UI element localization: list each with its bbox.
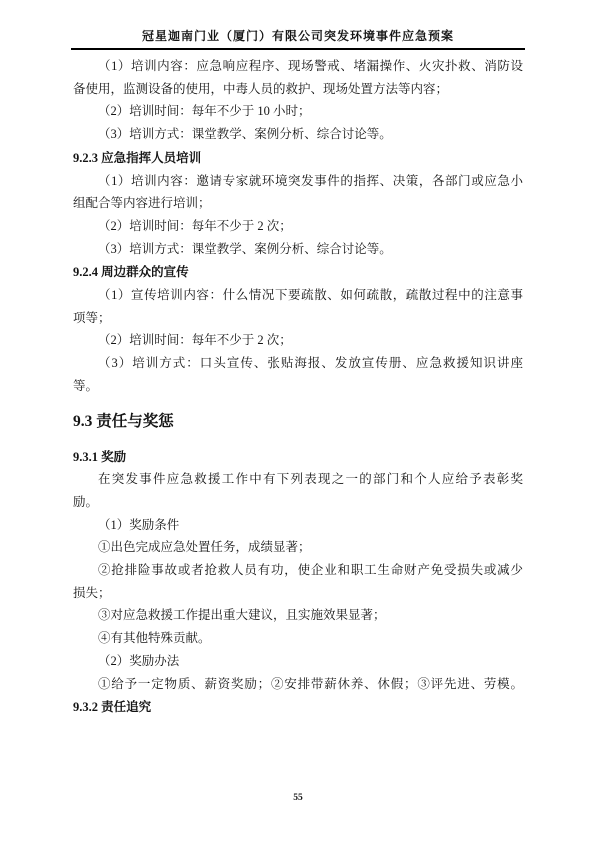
paragraph: ③对应急救援工作提出重大建议，且实施效果显著； xyxy=(73,604,523,627)
paragraph: （2）培训时间：每年不少于 2 次； xyxy=(73,329,523,352)
document-body: （1）培训内容：应急响应程序、现场警戒、堵漏操作、火灾扑救、消防设备使用，监测设… xyxy=(73,55,523,719)
paragraph: （1）宣传培训内容：什么情况下要疏散、如何疏散，疏散过程中的注意事项等； xyxy=(73,284,523,329)
subsection-heading: 9.3.2 责任追究 xyxy=(73,696,523,719)
text-line: 损失； xyxy=(73,582,523,605)
text-line: （3）培训方式：课堂教学、案例分析、综合讨论等。 xyxy=(73,238,523,261)
text-line: （2）培训时间：每年不少于 2 次； xyxy=(73,329,523,352)
section-heading: 9.3 责任与奖惩 xyxy=(73,408,523,435)
text-line: （1）奖励条件 xyxy=(73,514,523,537)
text-line: ①给予一定物质、薪资奖励；②安排带薪休养、休假；③评先进、劳模。 xyxy=(73,673,523,696)
text-line: 在突发事件应急救援工作中有下列表现之一的部门和个人应给予表彰奖 xyxy=(73,468,523,491)
text-line: 项等； xyxy=(73,307,523,330)
text-line: （3）培训方式：课堂教学、案例分析、综合讨论等。 xyxy=(73,123,523,146)
page-header: 冠星迦南门业（厦门）有限公司突发环境事件应急预案 xyxy=(71,27,525,50)
text-line: （1）宣传培训内容：什么情况下要疏散、如何疏散，疏散过程中的注意事 xyxy=(73,284,523,307)
text-line: （1）培训内容：邀请专家就环境突发事件的指挥、决策，各部门或应急小 xyxy=(73,170,523,193)
subsection-heading: 9.3.1 奖励 xyxy=(73,446,523,469)
text-line: （2）奖励办法 xyxy=(73,650,523,673)
text-line: 备使用，监测设备的使用，中毒人员的救护、现场处置方法等内容； xyxy=(73,78,523,101)
paragraph: ②抢排险事故或者抢救人员有功，使企业和职工生命财产免受损失或减少损失； xyxy=(73,559,523,604)
paragraph: ④有其他特殊贡献。 xyxy=(73,627,523,650)
text-line: ①出色完成应急处置任务，成绩显著； xyxy=(73,536,523,559)
paragraph: ①给予一定物质、薪资奖励；②安排带薪休养、休假；③评先进、劳模。 xyxy=(73,673,523,696)
paragraph: （1）培训内容：邀请专家就环境突发事件的指挥、决策，各部门或应急小组配合等内容进… xyxy=(73,170,523,215)
paragraph: （1）培训内容：应急响应程序、现场警戒、堵漏操作、火灾扑救、消防设备使用，监测设… xyxy=(73,55,523,100)
text-line: ④有其他特殊贡献。 xyxy=(73,627,523,650)
paragraph: （2）培训时间：每年不少于 2 次； xyxy=(73,215,523,238)
paragraph: （3）培训方式：课堂教学、案例分析、综合讨论等。 xyxy=(73,238,523,261)
text-line: （2）培训时间：每年不少于 10 小时； xyxy=(73,100,523,123)
paragraph: 在突发事件应急救援工作中有下列表现之一的部门和个人应给予表彰奖励。 xyxy=(73,468,523,513)
paragraph: （3）培训方式：课堂教学、案例分析、综合讨论等。 xyxy=(73,123,523,146)
paragraph: （1）奖励条件 xyxy=(73,514,523,537)
text-line: （2）培训时间：每年不少于 2 次； xyxy=(73,215,523,238)
text-line: （3）培训方式：口头宣传、张贴海报、发放宣传册、应急救援知识讲座 xyxy=(73,352,523,375)
paragraph: （2）培训时间：每年不少于 10 小时； xyxy=(73,100,523,123)
text-line: 组配合等内容进行培训； xyxy=(73,192,523,215)
document-page: 冠星迦南门业（厦门）有限公司突发环境事件应急预案 （1）培训内容：应急响应程序、… xyxy=(0,0,596,843)
paragraph: （3）培训方式：口头宣传、张贴海报、发放宣传册、应急救援知识讲座等。 xyxy=(73,352,523,397)
header-title: 冠星迦南门业（厦门）有限公司突发环境事件应急预案 xyxy=(142,29,454,43)
text-line: ②抢排险事故或者抢救人员有功，使企业和职工生命财产免受损失或减少 xyxy=(73,559,523,582)
text-line: 励。 xyxy=(73,491,523,514)
page-number: 55 xyxy=(293,793,303,803)
text-line: （1）培训内容：应急响应程序、现场警戒、堵漏操作、火灾扑救、消防设 xyxy=(73,55,523,78)
text-line: ③对应急救援工作提出重大建议，且实施效果显著； xyxy=(73,604,523,627)
subsection-heading: 9.2.4 周边群众的宣传 xyxy=(73,261,523,284)
subsection-heading: 9.2.3 应急指挥人员培训 xyxy=(73,147,523,170)
paragraph: （2）奖励办法 xyxy=(73,650,523,673)
page-footer: 55 xyxy=(0,793,596,803)
paragraph: ①出色完成应急处置任务，成绩显著； xyxy=(73,536,523,559)
text-line: 等。 xyxy=(73,375,523,398)
